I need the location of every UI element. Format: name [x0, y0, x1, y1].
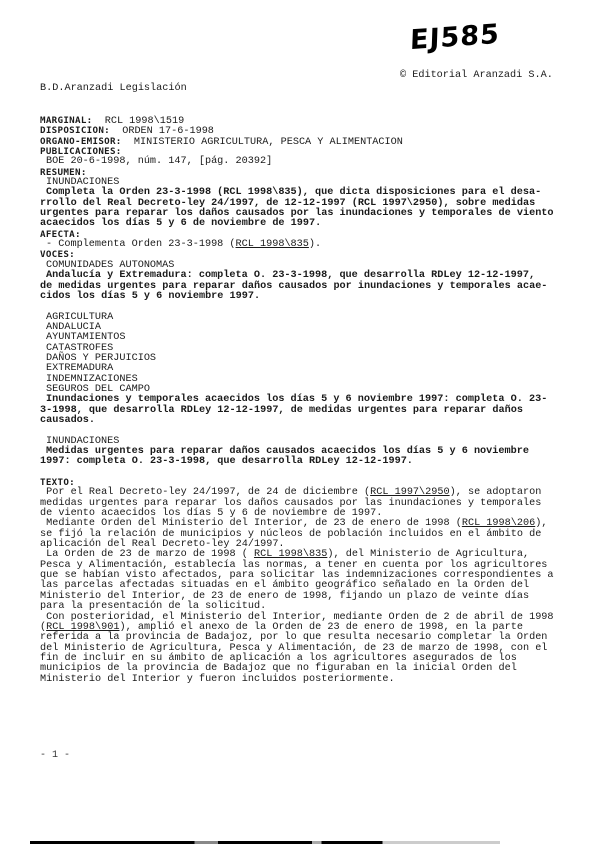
texto-line: para la presentación de la solicitud.	[40, 602, 560, 612]
voces-label: VOCES:	[40, 249, 75, 260]
voces-term: AGRICULTURA	[40, 313, 560, 323]
texto-line: municipios de la provincia de Badajoz qu…	[40, 664, 560, 674]
texto-line: Ministerio del Interior y fueron incluid…	[40, 675, 560, 685]
texto-fragment: Por el Real Decreto-ley 24/1997, de 24 d…	[40, 487, 370, 498]
afecta-reference-link[interactable]: RCL 1998\835	[236, 239, 309, 250]
organo-label: ORGANO-EMISOR:	[40, 136, 122, 147]
texto-fragment: ),	[535, 518, 547, 529]
document-body: MARGINAL: RCL 1998\1519 DISPOSICION: ORD…	[40, 116, 560, 685]
afecta-prefix: - Complementa Orden 23-3-1998 (	[46, 239, 236, 250]
publicaciones-value: BOE 20-6-1998, núm. 147, [pág. 20392]	[40, 157, 560, 167]
field-marginal: MARGINAL: RCL 1998\1519	[40, 116, 560, 126]
voces-line: cidos los días 5 y 6 noviembre 1997.	[40, 292, 560, 302]
disposicion-value: ORDEN 17-6-1998	[122, 126, 214, 137]
texto-fragment: ), del Ministerio de Agricultura,	[327, 549, 529, 560]
voces-line: 3-1998, que desarrolla RDLey 12-12-1997,…	[40, 406, 560, 416]
resumen-label: RESUMEN:	[40, 167, 87, 178]
texto-fragment: La Orden de 23 de marzo de 1998 (	[40, 549, 254, 560]
voces-term: AYUNTAMIENTOS	[40, 333, 560, 343]
afecta-suffix: ).	[309, 239, 321, 250]
database-name: B.D.Aranzadi Legislación	[40, 83, 187, 94]
reference-link[interactable]: RCL 1998\835	[254, 549, 327, 560]
disposicion-label: DISPOSICION:	[40, 125, 110, 136]
texto-fragment: ), se adoptaron	[450, 487, 542, 498]
afecta-entry: - Complementa Orden 23-3-1998 (RCL 1998\…	[40, 240, 560, 250]
voces-line: causados.	[40, 416, 560, 426]
reference-link[interactable]: RCL 1997\2950	[370, 487, 449, 498]
texto-fragment: Mediante Orden del Ministerio del Interi…	[40, 518, 462, 529]
handwritten-stamp: EJ585	[410, 19, 501, 56]
voces-line: Andalucía y Extremadura: completa O. 23-…	[40, 271, 560, 281]
scan-edge-artifact	[30, 841, 500, 844]
organo-value: MINISTERIO AGRICULTURA, PESCA Y ALIMENTA…	[134, 137, 403, 148]
copyright-notice: © Editorial Aranzadi S.A.	[400, 70, 553, 81]
voces-line: 1997: completa O. 23-3-1998, que desarro…	[40, 457, 560, 467]
marginal-label: MARGINAL:	[40, 115, 92, 126]
resumen-line: acaecidos los días 5 y 6 de noviembre de…	[40, 219, 560, 229]
texto-line: referida a la provincia de Badajoz, por …	[40, 633, 560, 643]
reference-link[interactable]: RCL 1998\206	[462, 518, 535, 529]
voces-term: DAÑOS Y PERJUICIOS	[40, 354, 560, 364]
page-number: - 1 -	[40, 750, 70, 761]
